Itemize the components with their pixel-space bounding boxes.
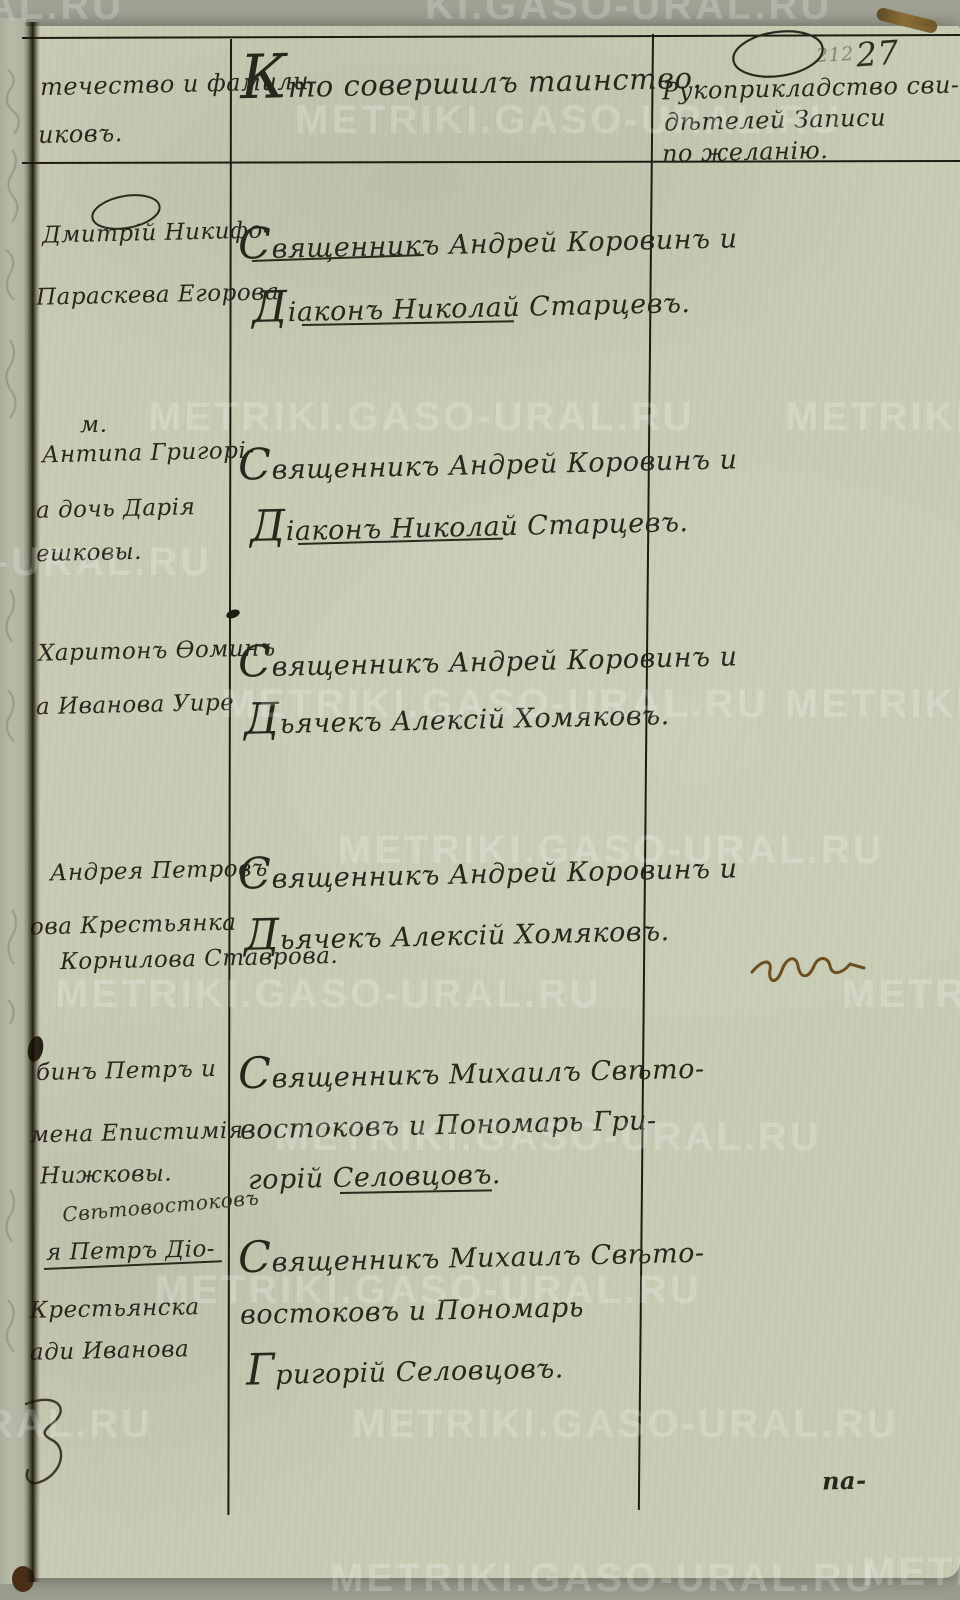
godparents-entry: ова Крестьянка	[30, 910, 237, 941]
binding-crease	[24, 22, 40, 1582]
bleedthrough-writing	[0, 1180, 26, 1400]
godparents-entry: Крестьянска	[30, 1294, 200, 1324]
godparents-entry: а дочь Дарія	[36, 494, 196, 524]
godparents-entry: м.	[80, 412, 108, 439]
folio-number-ink: 27	[855, 33, 901, 75]
clergy-entry: Григорій Селовцовъ.	[246, 1346, 565, 1391]
header-godparents-line2: иковъ.	[38, 119, 123, 149]
godparents-entry: ешковы.	[36, 539, 142, 567]
godparents-entry: ади Иванова	[30, 1336, 190, 1366]
godparents-entry: мена Епистимія	[30, 1118, 244, 1149]
godparents-entry: Нижковы.	[40, 1161, 173, 1190]
brown-ink-scribble	[746, 930, 876, 990]
scanned-register-page: течество и фамили- иковъ. Кто совершилъ …	[0, 0, 960, 1600]
watermark-text: KI.GASO-URAL.RU	[425, 0, 832, 29]
header-signatures-line3: по желанію.	[662, 136, 829, 168]
catchword: па-	[822, 1465, 867, 1495]
bleedthrough-writing	[0, 580, 26, 1060]
godparents-entry: Антипа Григорі-	[42, 438, 255, 469]
bleedthrough-writing	[0, 60, 26, 460]
godparents-entry: Андрея Петровъ	[50, 856, 268, 887]
godparents-entry: а Иванова Уире	[36, 690, 235, 720]
header-signatures-line2: дѣтелей Записи	[664, 103, 887, 136]
godparents-entry: бинъ Петръ и	[36, 1056, 217, 1086]
godparents-entry: Параскева Егорова	[36, 279, 280, 311]
pen-flourish-header	[728, 28, 828, 80]
